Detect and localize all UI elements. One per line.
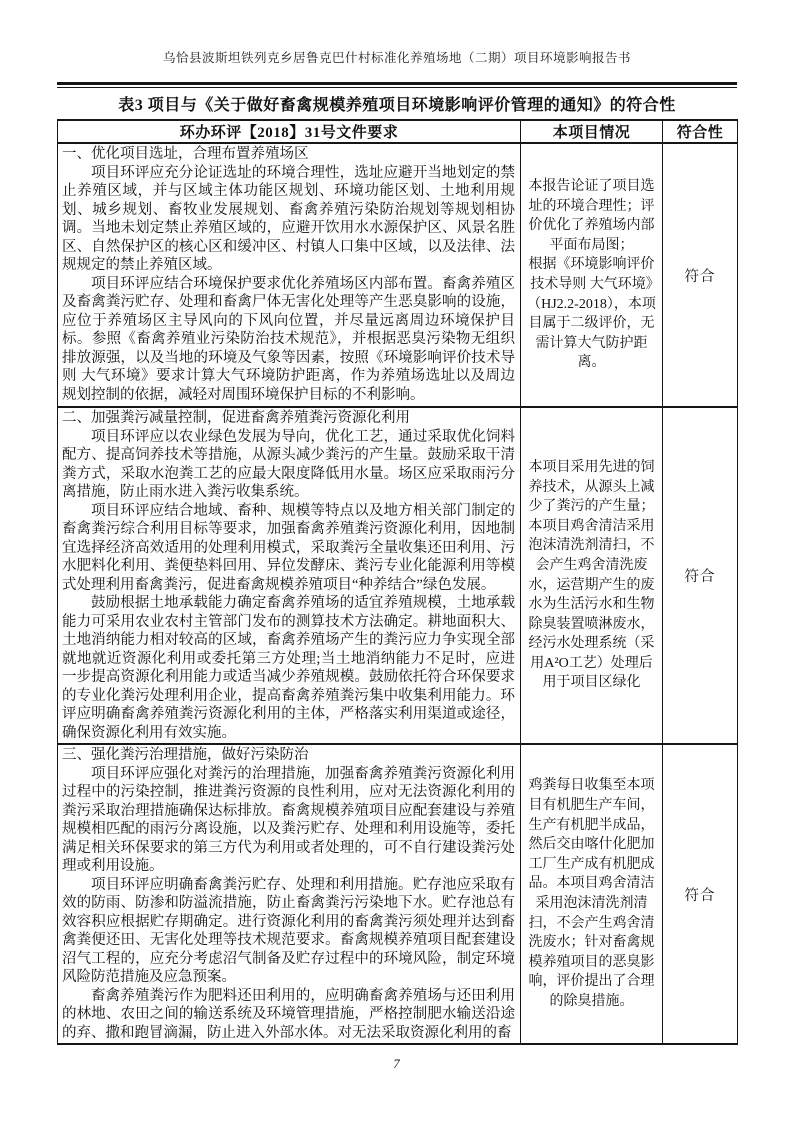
situation-paragraph: 本项目鸡舍清洁采用泡沫清洗剂清扫，不会产生鸡舍清洗废水，运营期产生的废水为生活污…: [527, 517, 656, 693]
requirement-cell: 三、强化粪污治理措施，做好污染防治 项目环评应强化对粪污的治理措施，加强畜禽养殖…: [58, 744, 521, 1044]
table-row: 二、加强粪污减量控制，促进畜禽养殖粪污资源化利用 项目环评应以农业绿色发展为导向…: [58, 407, 738, 744]
requirement-paragraph: 畜禽养殖粪污作为肥料还田利用的，应明确畜禽养殖场与还田利用的林地、农田之间的输送…: [62, 987, 515, 1043]
requirement-heading: 三、强化粪污治理措施，做好污染防治: [62, 746, 515, 765]
page-number: 7: [0, 1056, 793, 1072]
situation-paragraph: 根据《环境影响评价技术导则 大气环境》（HJ2.2-2018），本项目属于二级评…: [527, 255, 656, 373]
situation-paragraph: 本报告论证了项目选址的环境合理性；评价优化了养殖场内部平面布局图；: [527, 177, 656, 255]
requirement-cell: 二、加强粪污减量控制，促进畜禽养殖粪污资源化利用 项目环评应以农业绿色发展为导向…: [58, 407, 521, 744]
requirement-paragraph: 项目环评应充分论证选址的环境合理性，选址应避开当地划定的禁止养殖区域，并与区域主…: [62, 164, 515, 275]
requirement-paragraph: 项目环评应强化对粪污的治理措施，加强畜禽养殖粪污资源化利用过程中的污染控制，推进…: [62, 765, 515, 876]
situation-paragraph: 鸡粪每日收集至本项目有机肥生产车间，生产有机肥半成品，然后交由喀什化肥加工厂生产…: [527, 776, 656, 1011]
requirement-paragraph: 项目环评应结合地域、畜种、规模等特点以及地方相关部门制定的畜禽粪污综合利用目标等…: [62, 502, 515, 595]
requirement-heading: 二、加强粪污减量控制，促进畜禽养殖粪污资源化利用: [62, 409, 515, 428]
table-row: 三、强化粪污治理措施，做好污染防治 项目环评应强化对粪污的治理措施，加强畜禽养殖…: [58, 744, 738, 1044]
table-header-row: 环办环评【2018】31号文件要求 本项目情况 符合性: [58, 120, 738, 143]
compliance-cell: 符合: [663, 407, 738, 744]
requirement-paragraph: 鼓励根据土地承载能力确定畜禽养殖场的适宜养殖规模，土地承载能力可采用农业农村主管…: [62, 594, 515, 742]
compliance-cell: 符合: [663, 143, 738, 407]
requirement-paragraph: 项目环评应以农业绿色发展为导向，优化工艺，通过采取优化饲料配方、提高饲养技术等措…: [62, 428, 515, 502]
column-header-compliance: 符合性: [663, 120, 738, 143]
column-header-situation: 本项目情况: [521, 120, 663, 143]
column-header-requirement: 环办环评【2018】31号文件要求: [58, 120, 521, 143]
situation-paragraph: 本项目采用先进的饲养技术，从源头上减少了粪污的产生量；: [527, 458, 656, 517]
table-title: 表3 项目与《关于做好畜禽规模养殖项目环境影响评价管理的通知》的符合性: [57, 95, 737, 117]
table-row: 一、优化项目选址，合理布置养殖场区 项目环评应充分论证选址的环境合理性，选址应避…: [58, 143, 738, 407]
requirement-cell: 一、优化项目选址，合理布置养殖场区 项目环评应充分论证选址的环境合理性，选址应避…: [58, 143, 521, 407]
compliance-table: 环办环评【2018】31号文件要求 本项目情况 符合性 一、优化项目选址，合理布…: [57, 119, 738, 1045]
situation-cell: 本项目采用先进的饲养技术，从源头上减少了粪污的产生量； 本项目鸡舍清洁采用泡沫清…: [521, 407, 663, 744]
requirement-paragraph: 项目环评应结合环境保护要求优化养殖场区内部布置。畜禽养殖区及畜禽粪污贮存、处理和…: [62, 275, 515, 405]
requirement-heading: 一、优化项目选址，合理布置养殖场区: [62, 145, 515, 164]
situation-cell: 本报告论证了项目选址的环境合理性；评价优化了养殖场内部平面布局图； 根据《环境影…: [521, 143, 663, 407]
header-divider-rule: [57, 82, 737, 88]
requirement-paragraph: 项目环评应明确畜禽粪污贮存、处理和利用措施。贮存池应采取有效的防雨、防渗和防溢流…: [62, 876, 515, 987]
compliance-cell: 符合: [663, 744, 738, 1044]
situation-cell: 鸡粪每日收集至本项目有机肥生产车间，生产有机肥半成品，然后交由喀什化肥加工厂生产…: [521, 744, 663, 1044]
page-content: 乌恰县波斯坦铁列克乡居鲁克巴什村标准化养殖场地（二期）项目环境影响报告书 表3 …: [57, 0, 737, 1045]
running-header: 乌恰县波斯坦铁列克乡居鲁克巴什村标准化养殖场地（二期）项目环境影响报告书: [57, 50, 737, 67]
